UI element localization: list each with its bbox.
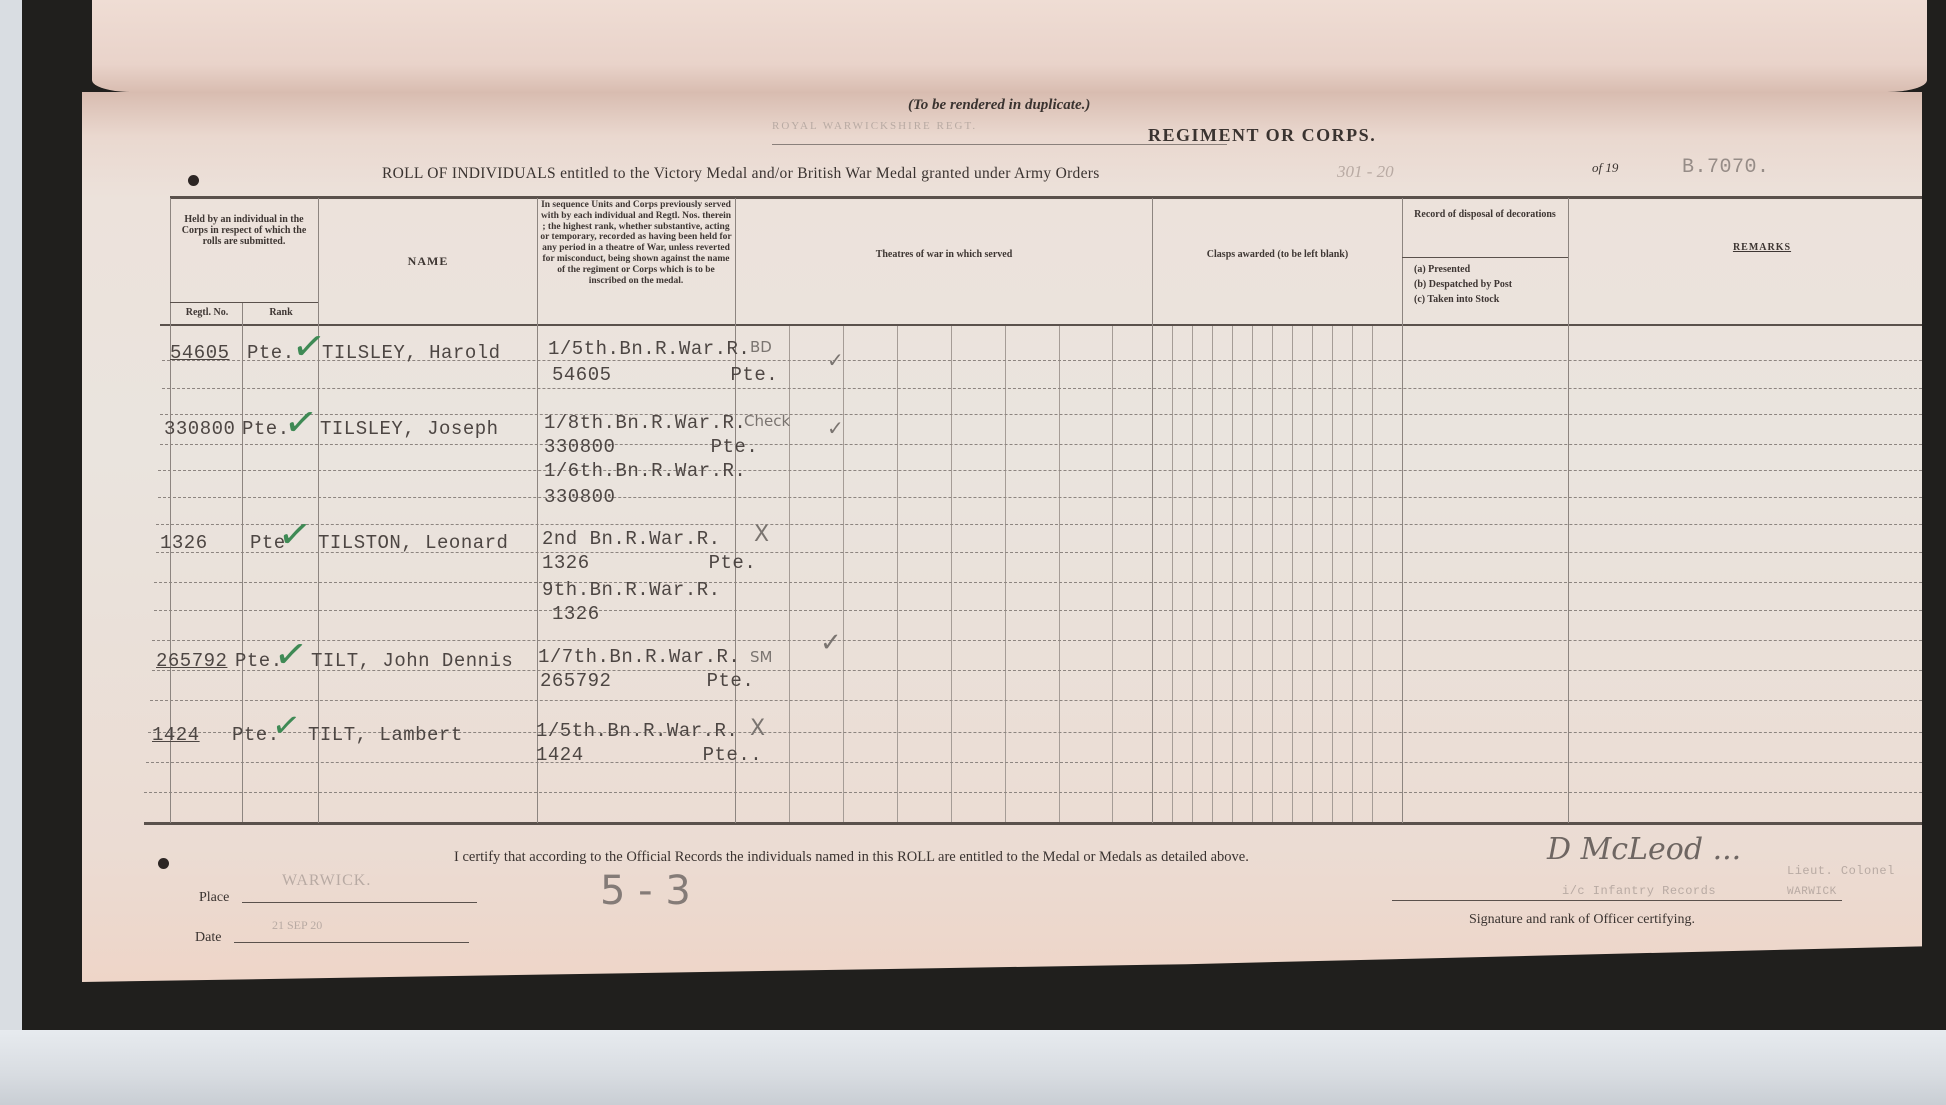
roll-title: ROLL OF INDIVIDUALS entitled to the Vict… (382, 165, 1100, 183)
table-top-rule (170, 196, 1946, 199)
signature-rank-stamp: Lieut. Colonel (1787, 864, 1895, 878)
grid-line (1212, 326, 1213, 822)
unit-line: 9th.Bn.R.War.R. (542, 579, 721, 601)
regtl-no: 54605 (170, 342, 230, 364)
regtl-no: 330800 (164, 418, 235, 440)
grid-line (1352, 326, 1353, 822)
grid-line (897, 326, 898, 822)
of-year-label: of 19 (1592, 160, 1618, 176)
header-held-by: Held by an individual in the Corps in re… (174, 214, 314, 247)
row-rule (154, 610, 1946, 611)
regtl-no: 1326 (160, 532, 208, 554)
unit-line: 1/7th.Bn.R.War.R. (538, 646, 740, 668)
place-line (242, 902, 477, 903)
check-mark-icon: ✓ (269, 704, 303, 748)
row-rule (156, 524, 1946, 525)
soldier-name: TILSTON, Leonard (318, 532, 508, 554)
header-theatres: Theatres of war in which served (738, 249, 1150, 260)
regtl-no: 265792 (156, 650, 227, 672)
record-option-b: (b) Despatched by Post (1414, 279, 1512, 290)
roll-number: B.7070. (1682, 156, 1770, 179)
theatre-note: BD (750, 338, 772, 356)
grid-line (1112, 326, 1113, 822)
soldier-name: TILSLEY, Joseph (320, 418, 499, 440)
certification-text: I certify that according to the Official… (454, 849, 1249, 866)
signature-office-stamp: i/c Infantry Records (1562, 884, 1716, 898)
theatre-note: Check (744, 412, 790, 430)
table-header-rule (160, 324, 1946, 326)
grid-line (1372, 326, 1373, 822)
unit-line: 2nd Bn.R.War.R. (542, 528, 721, 550)
header-rank: Rank (246, 307, 316, 318)
officer-signature: D McLeod ... (1547, 832, 1741, 867)
place-stamp: WARWICK. (282, 872, 371, 890)
unit-line: 1424 Pte.. (536, 744, 762, 766)
header-remarks: REMARKS (1572, 242, 1946, 253)
date-label: Date (195, 930, 221, 946)
grid-line (843, 326, 844, 822)
grid-line (1172, 326, 1173, 822)
signature-line (1392, 900, 1842, 901)
signature-place-stamp: WARWICK (1787, 886, 1837, 898)
theatre-note: SM (750, 648, 772, 666)
theatre-mark: ✓ (827, 348, 844, 372)
row-rule (160, 444, 1946, 445)
unit-line: 1326 (552, 603, 600, 625)
punch-hole (158, 858, 169, 869)
record-option-a: (a) Presented (1414, 264, 1470, 275)
grid-line (1312, 326, 1313, 822)
unit-line: 54605 Pte. (552, 364, 778, 386)
date-stamp: 21 SEP 20 (272, 918, 322, 933)
grid-line (1252, 326, 1253, 822)
record-option-c: (c) Taken into Stock (1414, 294, 1499, 305)
table-surface (0, 1030, 1946, 1105)
row-rule (162, 388, 1946, 389)
grid-line (1232, 326, 1233, 822)
header-regtl-no: Regtl. No. (174, 307, 240, 318)
grid-line (1005, 326, 1006, 822)
soldier-name: TILSLEY, Harold (322, 342, 501, 364)
row-rule (150, 700, 1946, 701)
faint-stamp: ROYAL WARWICKSHIRE REGT. (772, 120, 977, 132)
duplicate-note: (To be rendered in duplicate.) (908, 97, 1090, 114)
unit-line: 1/8th.Bn.R.War.R. (544, 412, 746, 434)
check-mark-icon: ✓ (281, 398, 321, 448)
row-rule (154, 582, 1946, 583)
grid-line (1192, 326, 1193, 822)
soldier-name: TILT, Lambert (308, 724, 463, 746)
theatre-mark: X (754, 522, 769, 547)
medal-roll-page: (To be rendered in duplicate.) ROYAL WAR… (82, 92, 1922, 982)
unit-line: 330800 (544, 486, 615, 508)
row-rule (158, 497, 1946, 498)
grid-line (951, 326, 952, 822)
unit-line: 265792 Pte. (540, 670, 754, 692)
theatre-mark: ✓ (820, 628, 842, 658)
unit-line: 1/6th.Bn.R.War.R. (544, 460, 746, 482)
row-rule (160, 414, 1946, 415)
facing-page-edge (92, 0, 1927, 92)
signature-caption: Signature and rank of Officer certifying… (1469, 912, 1695, 928)
grid-line (1332, 326, 1333, 822)
soldier-name: TILT, John Dennis (311, 650, 513, 672)
punch-hole (188, 175, 199, 186)
row-rule (144, 792, 1946, 793)
col-divider (1568, 198, 1569, 823)
row-rule (158, 470, 1946, 471)
rank: Pte. (247, 342, 295, 364)
pencil-note: 5 - 3 (600, 868, 691, 914)
row-rule (152, 640, 1946, 641)
header-record: Record of disposal of decorations (1407, 204, 1563, 226)
table-bottom-rule (144, 822, 1946, 825)
col-divider (1152, 198, 1153, 823)
theatre-mark: X (750, 716, 765, 741)
grid-line (1059, 326, 1060, 822)
unit-line: 330800 Pte. (544, 436, 758, 458)
header-name: NAME (322, 256, 534, 267)
grid-line (1272, 326, 1273, 822)
regiment-label: REGIMENT OR CORPS. (1148, 125, 1376, 146)
check-mark-icon: ✓ (271, 630, 311, 680)
col-divider (1402, 198, 1403, 823)
check-mark-icon: ✓ (275, 510, 315, 560)
header-units: In sequence Units and Corps previously s… (540, 200, 732, 286)
row-rule (146, 762, 1946, 763)
header-clasps: Clasps awarded (to be left blank) (1155, 249, 1400, 260)
held-by-subrule (170, 302, 318, 303)
record-subrule (1402, 257, 1568, 258)
unit-line: 1/5th.Bn.R.War.R. (548, 338, 750, 360)
theatre-mark: ✓ (827, 416, 844, 440)
grid-line (1292, 326, 1293, 822)
place-label: Place (199, 890, 229, 906)
regtl-no: 1424 (152, 724, 200, 746)
army-orders-ref: 301 - 20 (1337, 162, 1394, 182)
date-line (234, 942, 469, 943)
background-strip (0, 0, 22, 1040)
grid-line (789, 326, 790, 822)
unit-line: 1/5th.Bn.R.War.R. (536, 720, 738, 742)
unit-line: 1326 Pte. (542, 552, 756, 574)
